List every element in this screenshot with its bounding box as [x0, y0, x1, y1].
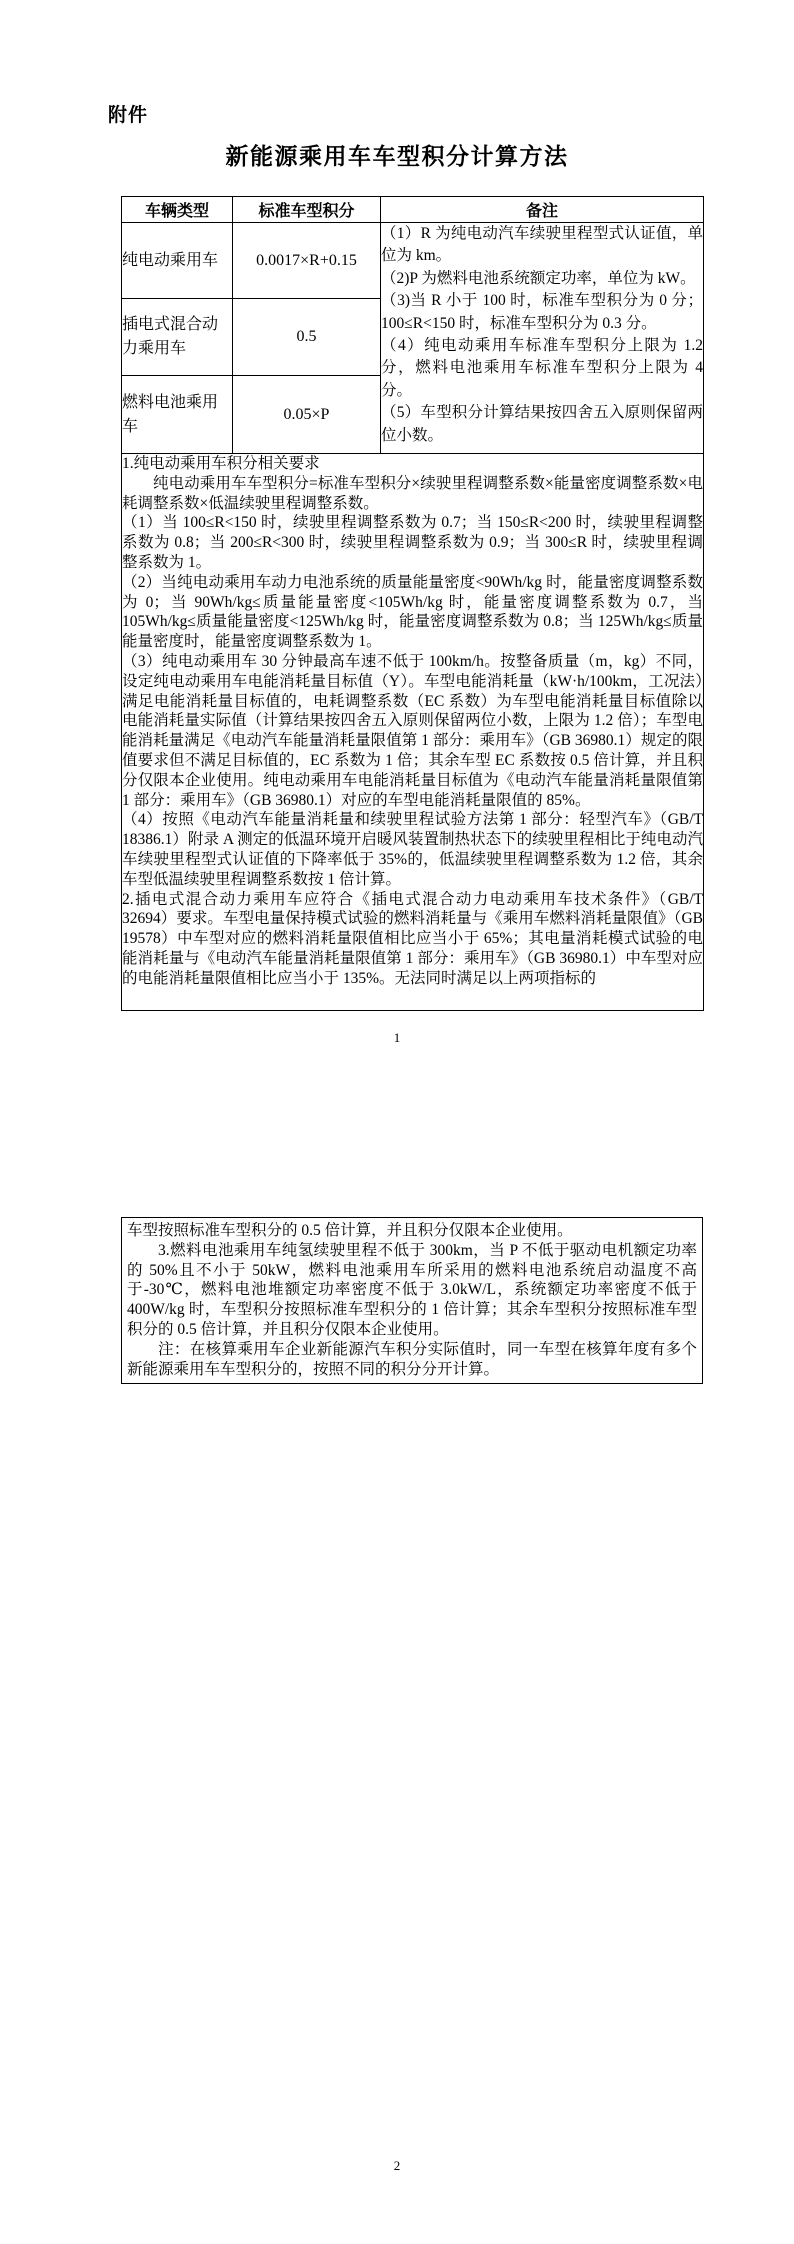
- page-number-2: 2: [0, 2158, 794, 2174]
- remarks-cell: （1）R 为纯电动汽车续驶里程型式认证值，单位为 km。 （2)P 为燃料电池系…: [381, 223, 704, 454]
- vehicle-type-fcev: 燃料电池乘用车: [122, 376, 233, 454]
- column-header-vehicle-type: 车辆类型: [122, 197, 233, 223]
- remark-item-2: （2)P 为燃料电池系统额定功率，单位为 kW。: [381, 268, 703, 290]
- notes-item-4: （4）按照《电动汽车能量消耗量和续驶里程试验方法第 1 部分：轻型汽车》（GB/…: [122, 810, 703, 889]
- remark-item-1: （1）R 为纯电动汽车续驶里程型式认证值，单位为 km。: [381, 223, 703, 268]
- table-header-row: 车辆类型 标准车型积分 备注: [122, 197, 704, 223]
- page2-note: 注：在核算乘用车企业新能源汽车积分实际值时，同一车型在核算年度有多个新能源乘用车…: [127, 1340, 697, 1380]
- notes-formula: 纯电动乘用车车型积分=标准车型积分×续驶里程调整系数×能量密度调整系数×电耗调整…: [122, 474, 703, 514]
- vehicle-type-phev: 插电式混合动力乘用车: [122, 299, 233, 376]
- vehicle-type-bev: 纯电动乘用车: [122, 223, 233, 299]
- remark-item-5: （5）车型积分计算结果按四舍五入原则保留两位小数。: [381, 402, 703, 447]
- notes-item-1: （1）当 100≤R<150 时，续驶里程调整系数为 0.7；当 150≤R<2…: [122, 513, 703, 572]
- column-header-standard-score: 标准车型积分: [233, 197, 381, 223]
- page2-continuation-box: 车型按照标准车型积分的 0.5 倍计算，并且积分仅限本企业使用。 3.燃料电池乘…: [121, 1217, 703, 1384]
- page-title: 新能源乘用车车型积分计算方法: [0, 138, 794, 171]
- page2-section-3: 3.燃料电池乘用车纯氢续驶里程不低于 300km，当 P 不低于驱动电机额定功率…: [127, 1241, 697, 1340]
- remark-item-4: （4）纯电动乘用车标准车型积分上限为 1.2 分，燃料电池乘用车标准车型积分上限…: [381, 335, 703, 402]
- notes-heading: 1.纯电动乘用车积分相关要求: [122, 454, 703, 474]
- remark-item-3: （3)当 R 小于 100 时，标准车型积分为 0 分；100≤R<150 时，…: [381, 290, 703, 335]
- table-row: 纯电动乘用车 0.0017×R+0.15 （1）R 为纯电动汽车续驶里程型式认证…: [122, 223, 704, 299]
- score-formula-phev: 0.5: [233, 299, 381, 376]
- document-page: 附件 新能源乘用车车型积分计算方法 车辆类型 标准车型积分 备注 纯电动乘用车 …: [0, 0, 794, 2244]
- score-formula-fcev: 0.05×P: [233, 376, 381, 454]
- notes-cell: 1.纯电动乘用车积分相关要求 纯电动乘用车车型积分=标准车型积分×续驶里程调整系…: [122, 454, 704, 1011]
- column-header-remarks: 备注: [381, 197, 704, 223]
- score-calculation-table: 车辆类型 标准车型积分 备注 纯电动乘用车 0.0017×R+0.15 （1）R…: [121, 196, 704, 1011]
- page-number-1: 1: [0, 1030, 794, 1046]
- attachment-label: 附件: [108, 100, 148, 127]
- notes-item-2: （2）当纯电动乘用车动力电池系统的质量能量密度<90Wh/kg 时，能量密度调整…: [122, 573, 703, 652]
- score-formula-bev: 0.0017×R+0.15: [233, 223, 381, 299]
- notes-row: 1.纯电动乘用车积分相关要求 纯电动乘用车车型积分=标准车型积分×续驶里程调整系…: [122, 454, 704, 1011]
- page2-continuation-text: 车型按照标准车型积分的 0.5 倍计算，并且积分仅限本企业使用。: [127, 1221, 697, 1241]
- notes-item-3: （3）纯电动乘用车 30 分钟最高车速不低于 100km/h。按整备质量（m，k…: [122, 652, 703, 810]
- notes-section-2: 2.插电式混合动力乘用车应符合《插电式混合动力电动乘用车技术条件》（GB/T 3…: [122, 890, 703, 989]
